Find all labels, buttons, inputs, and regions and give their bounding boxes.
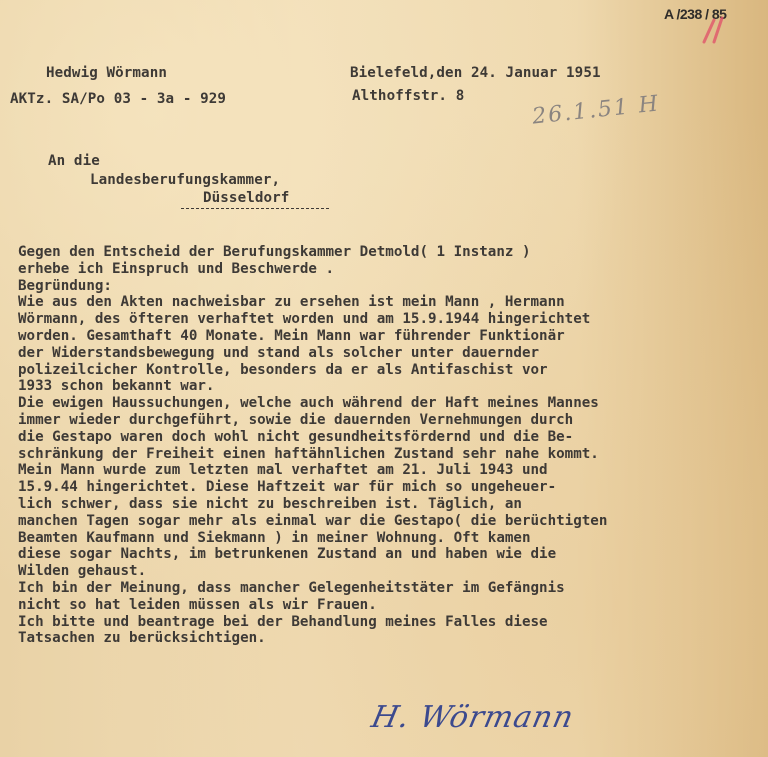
body-line: worden. Gesamthaft 40 Monate. Mein Mann … bbox=[18, 328, 565, 344]
recipient-line-2: Landesberufungskammer, bbox=[90, 172, 280, 189]
body-line: immer wieder durchgeführt, sowie die dau… bbox=[18, 412, 573, 428]
body-line: Beamten Kaufmann und Siekmann ) in meine… bbox=[18, 530, 531, 546]
body-line: Wörmann, des öfteren verhaftet worden un… bbox=[18, 311, 590, 327]
body-line: diese sogar Nachts, im betrunkenen Zusta… bbox=[18, 546, 556, 562]
recipient-underline bbox=[181, 208, 329, 209]
body-line: Begründung: bbox=[18, 278, 112, 294]
body-line: polizeilcicher Kontrolle, besonders da e… bbox=[18, 362, 548, 378]
sender-name: Hedwig Wörmann bbox=[46, 65, 167, 82]
body-line: schränkung der Freiheit einen haftähnlic… bbox=[18, 446, 599, 462]
body-line: Wie aus den Akten nachweisbar zu ersehen… bbox=[18, 294, 565, 310]
letter-page: A /238 / 85 Hedwig Wörmann AKTz. SA/Po 0… bbox=[0, 0, 768, 757]
body-line: erhebe ich Einspruch und Beschwerde . bbox=[18, 261, 334, 277]
body-line: Die ewigen Haussuchungen, welche auch wä… bbox=[18, 395, 599, 411]
file-reference: AKTz. SA/Po 03 - 3a - 929 bbox=[10, 91, 226, 108]
body-line: Mein Mann wurde zum letzten mal verhafte… bbox=[18, 462, 548, 478]
red-pencil-mark-icon bbox=[700, 14, 730, 44]
recipient-line-1: An die bbox=[48, 153, 100, 170]
body-line: 1933 schon bekannt war. bbox=[18, 378, 214, 394]
sender-street: Althoffstr. 8 bbox=[352, 88, 464, 105]
body-line: Wilden gehaust. bbox=[18, 563, 146, 579]
received-date-annotation: 26.1.51 H bbox=[531, 91, 661, 129]
place-and-date: Bielefeld,den 24. Januar 1951 bbox=[350, 65, 601, 82]
body-line: 15.9.44 hingerichtet. Diese Haftzeit war… bbox=[18, 479, 556, 495]
letter-body: Gegen den Entscheid der Berufungskammer … bbox=[18, 244, 607, 647]
body-line: Ich bitte und beantrage bei der Behandlu… bbox=[18, 614, 548, 630]
recipient-city: Düsseldorf bbox=[203, 190, 289, 207]
body-line: Tatsachen zu berücksichtigen. bbox=[18, 630, 266, 646]
body-line: die Gestapo waren doch wohl nicht gesund… bbox=[18, 429, 573, 445]
body-line: Ich bin der Meinung, dass mancher Gelege… bbox=[18, 580, 565, 596]
signature: H. Wörmann bbox=[368, 700, 577, 735]
body-line: nicht so hat leiden müssen als wir Fraue… bbox=[18, 597, 377, 613]
body-line: lich schwer, dass sie nicht zu beschreib… bbox=[18, 496, 522, 512]
body-line: der Widerstandsbewegung und stand als so… bbox=[18, 345, 539, 361]
body-line: manchen Tagen sogar mehr als einmal war … bbox=[18, 513, 607, 529]
body-line: Gegen den Entscheid der Berufungskammer … bbox=[18, 244, 531, 260]
